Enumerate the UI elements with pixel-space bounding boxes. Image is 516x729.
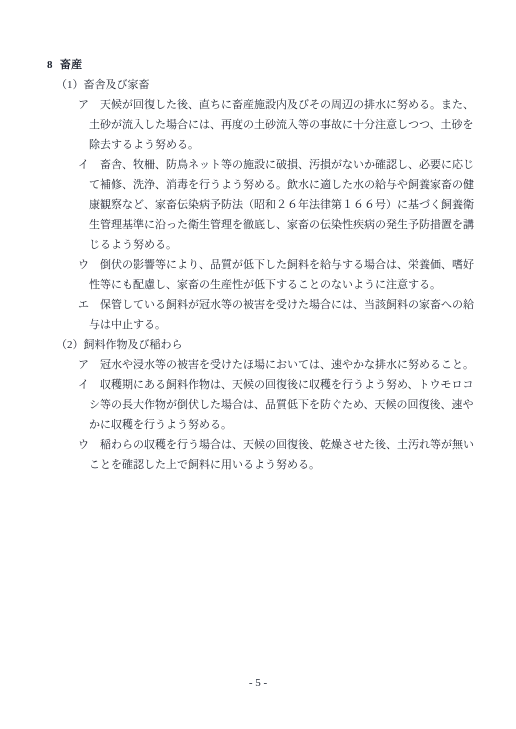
line-text: 冠水や浸水等の被害を受けたほ場においては、速やかな排水に努めること。 — [100, 359, 474, 371]
line-text: 天候が回復した後、直ちに畜産施設内及びその周辺の排水に努める。また、 — [100, 99, 474, 111]
subsection-label: （2） — [56, 339, 84, 351]
subsection-label: （1） — [56, 79, 84, 91]
list-item-e: エ保管している飼料が冠水等の被害を受けた場合には、当該飼料の家畜への給 与は中止… — [0, 295, 516, 335]
list-item-i: イ収穫期にある飼料作物は、天候の回復後に収穫を行うよう努め、トウモロコ シ等の長… — [0, 375, 516, 435]
subsection-heading: （1）畜舎及び家畜 — [56, 75, 516, 95]
text-line: ア天候が回復した後、直ちに畜産施設内及びその周辺の排水に努める。また、 — [78, 95, 516, 115]
subsection-heading: （2）飼料作物及び稲わら — [56, 335, 516, 355]
item-marker: イ — [78, 379, 89, 391]
list-item-u: ウ倒伏の影響等により、品質が低下した飼料を給与する場合は、栄養価、嗜好 性等にも… — [0, 255, 516, 295]
item-marker: ウ — [78, 439, 89, 451]
text-line: 与は中止する。 — [89, 315, 516, 335]
line-text: 畜舎、牧柵、防鳥ネット等の施設に破損、汚損がないか確認し、必要に応じ — [100, 159, 474, 171]
text-line: ウ倒伏の影響等により、品質が低下した飼料を給与する場合は、栄養価、嗜好 — [78, 255, 516, 275]
text-line: エ保管している飼料が冠水等の被害を受けた場合には、当該飼料の家畜への給 — [78, 295, 516, 315]
text-line: シ等の長大作物が倒伏した場合は、品質低下を防ぐため、天候の回復後、速や — [89, 395, 516, 415]
subsection-barns-and-livestock: （1）畜舎及び家畜 ア天候が回復した後、直ちに畜産施設内及びその周辺の排水に努め… — [0, 75, 516, 335]
document-page: 8畜産 （1）畜舎及び家畜 ア天候が回復した後、直ちに畜産施設内及びその周辺の排… — [0, 0, 516, 729]
line-text: 収穫期にある飼料作物は、天候の回復後に収穫を行うよう努め、トウモロコ — [100, 379, 474, 391]
line-text: 稲わらの収穫を行う場合は、天候の回復後、乾燥させた後、土汚れ等が無い — [100, 439, 474, 451]
item-marker: ア — [78, 99, 89, 111]
text-line: 土砂が流入した場合には、再度の土砂流入等の事故に十分注意しつつ、土砂を — [89, 115, 516, 135]
text-line: ア冠水や浸水等の被害を受けたほ場においては、速やかな排水に努めること。 — [78, 355, 516, 375]
line-text: 保管している飼料が冠水等の被害を受けた場合には、当該飼料の家畜への給 — [100, 299, 474, 311]
line-text: 倒伏の影響等により、品質が低下した飼料を給与する場合は、栄養価、嗜好 — [100, 259, 474, 271]
heading-number: 8 — [47, 59, 53, 71]
text-line: 除去するよう努める。 — [89, 135, 516, 155]
subsection-feed-crops-and-rice-straw: （2）飼料作物及び稲わら ア冠水や浸水等の被害を受けたほ場においては、速やかな排… — [0, 335, 516, 475]
text-line: 康観察など、家畜伝染病予防法（昭和２６年法律第１６６号）に基づく飼養衛 — [89, 195, 516, 215]
item-marker: ア — [78, 359, 89, 371]
list-item-i: イ畜舎、牧柵、防鳥ネット等の施設に破損、汚損がないか確認し、必要に応じ て補修、… — [0, 155, 516, 255]
text-line: ことを確認した上で飼料に用いるよう努める。 — [89, 455, 516, 475]
subsection-title: 畜舎及び家畜 — [84, 79, 150, 91]
page-number: - 5 - — [0, 673, 516, 693]
text-line: 性等にも配慮し、家畜の生産性が低下することのないように注意する。 — [89, 275, 516, 295]
text-line: イ収穫期にある飼料作物は、天候の回復後に収穫を行うよう努め、トウモロコ — [78, 375, 516, 395]
text-line: 生管理基準に沿った衛生管理を徹底し、家畜の伝染性疾病の発生予防措置を講 — [89, 215, 516, 235]
text-line: イ畜舎、牧柵、防鳥ネット等の施設に破損、汚損がないか確認し、必要に応じ — [78, 155, 516, 175]
text-line: かに収穫を行うよう努める。 — [89, 415, 516, 435]
section-heading: 8畜産 — [47, 55, 516, 75]
subsection-title: 飼料作物及び稲わら — [84, 339, 183, 351]
text-line: ウ稲わらの収穫を行う場合は、天候の回復後、乾燥させた後、土汚れ等が無い — [78, 435, 516, 455]
heading-title: 畜産 — [60, 59, 83, 71]
item-marker: ウ — [78, 259, 89, 271]
list-item-a: ア冠水や浸水等の被害を受けたほ場においては、速やかな排水に努めること。 — [0, 355, 516, 375]
text-line: じるよう努める。 — [89, 235, 516, 255]
item-marker: イ — [78, 159, 89, 171]
list-item-u: ウ稲わらの収穫を行う場合は、天候の回復後、乾燥させた後、土汚れ等が無い ことを確… — [0, 435, 516, 475]
text-line: て補修、洗浄、消毒を行うよう努める。飲水に適した水の給与や飼養家畜の健 — [89, 175, 516, 195]
list-item-a: ア天候が回復した後、直ちに畜産施設内及びその周辺の排水に努める。また、 土砂が流… — [0, 95, 516, 155]
item-marker: エ — [78, 299, 89, 311]
